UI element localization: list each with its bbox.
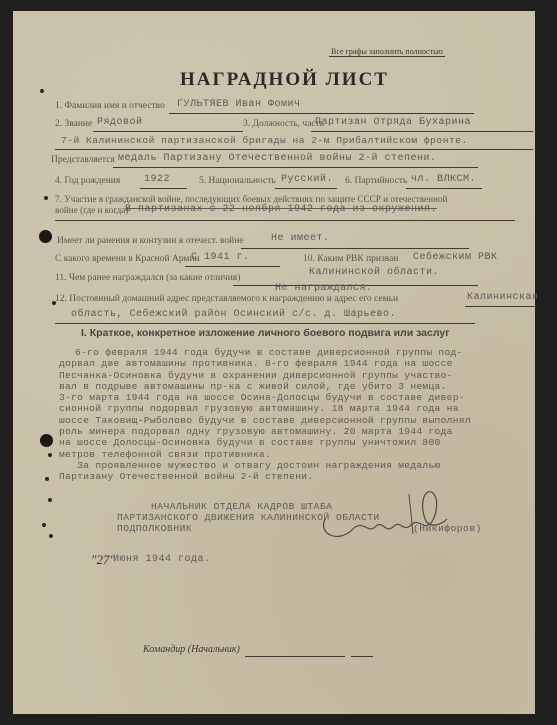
field-rank-label: 2. Звание: [55, 119, 92, 129]
feat-line: дорвал две автомашины противника. 8-го ф…: [59, 358, 529, 369]
feat-description: 6-го февраля 1944 года будучи в составе …: [59, 347, 529, 483]
field-address-value-1: Калининская: [467, 292, 539, 303]
field-party-value: чл. ВЛКСМ.: [411, 174, 476, 185]
field-full-name-value: ГУЛЬТЯЕВ Иван Фомич: [177, 99, 301, 110]
field-nominated-value: медаль Партизану Отечественной войны 2-й…: [118, 153, 437, 164]
punch-hole: [40, 434, 53, 447]
field-combat-history-label-1: 7. Участие в гражданской войне, последую…: [55, 194, 447, 204]
signatory-title-1: НАЧАЛЬНИК ОТДЕЛА КАДРОВ ШТАБА: [151, 501, 332, 512]
feat-line: метров телефонной связи противника.: [59, 449, 529, 460]
field-draft-office-value-1: Себежским РВК: [413, 252, 498, 263]
feat-line: За проявленное мужество и отвагу достоин…: [59, 460, 529, 471]
field-combat-history-line-2: [55, 220, 515, 221]
field-army-since-value: С 1941 г.: [191, 252, 250, 263]
feat-line: сионной группы подорвал грузовую автомаш…: [59, 403, 529, 414]
commander-label: Командир (Начальник): [143, 644, 240, 655]
section-heading-feat: I. Краткое, конкретное изложение личного…: [81, 327, 450, 339]
pin-hole: [48, 453, 52, 457]
field-wounds-value: Не имеет.: [271, 233, 330, 244]
pin-hole: [40, 89, 44, 93]
feat-line: вал в подрыве автомашины пр-ка с живой с…: [59, 381, 529, 392]
feat-line: 6-го февраля 1944 года будучи в составе …: [59, 347, 529, 358]
pin-hole: [45, 477, 49, 481]
date-day: "27": [91, 552, 115, 568]
commander-signature-line-2: [351, 656, 373, 657]
field-wounds-label: Имеет ли ранения и контузии в отечест. в…: [57, 236, 244, 246]
field-prior-awards-label: 11. Чем ранее награждался (за какие отли…: [55, 273, 240, 283]
fill-all-fields-note: Все графы заполнить полностью: [329, 47, 445, 57]
field-nationality-label: 5. Национальность: [199, 176, 276, 186]
field-full-name-label: 1. Фамилия имя и отчество: [55, 101, 165, 111]
pin-hole: [49, 534, 53, 538]
feat-line: роль минера подорвал одну грузовую автом…: [59, 426, 529, 437]
field-address-label: 12. Постоянный домашний адрес представля…: [55, 294, 398, 304]
field-rank-value: Рядовой: [97, 117, 143, 128]
field-birth-year-label: 4. Год рождения: [55, 176, 120, 186]
signatory-rank: ПОДПОЛКОВНИК: [117, 523, 192, 534]
feat-line: Песчанка-Осиновка будучи в охранении див…: [59, 370, 529, 381]
field-prior-awards-value: Не награждался.: [275, 283, 373, 294]
field-position-value-1: Партизан Отряда Бухарина: [315, 117, 471, 128]
feat-line: на шоссе Долосцы-Осиновка будучи в соста…: [59, 437, 529, 448]
pin-hole: [42, 523, 46, 527]
feat-line: шоссе Таковищ-Рыболово будучи в составе …: [59, 415, 529, 426]
commander-signature-line: [245, 656, 345, 657]
handwritten-signature: [313, 489, 453, 549]
document-title: НАГРАДНОЙ ЛИСТ: [180, 69, 389, 91]
award-sheet-paper: Все графы заполнить полностью НАГРАДНОЙ …: [13, 11, 535, 714]
field-combat-history-value: В партизанах с 22 ноября 1942 года из ок…: [125, 204, 437, 215]
field-address-value-2: область, Себежский район Осинский с/с. д…: [71, 309, 396, 320]
field-army-since-label: С какого времени в Красной Армии: [55, 254, 200, 264]
field-combat-history-label-2: войне (где и когда): [55, 205, 128, 215]
field-position-value-2: 7-й Калининской партизанской бригады на …: [61, 135, 468, 146]
pin-hole: [44, 196, 48, 200]
field-draft-office-label: 10. Каким РВК призван: [303, 254, 398, 264]
field-nationality-value: Русский.: [281, 174, 333, 185]
feat-line: Партизану Отечественной войны 2-й степен…: [59, 471, 529, 482]
field-nominated-label: Представляется: [51, 155, 115, 165]
feat-line: 3-го марта 1944 года на шоссе Осина-Доло…: [59, 392, 529, 403]
field-party-label: 6. Партийность: [345, 176, 407, 186]
pin-hole: [48, 498, 52, 502]
date-month-year: Июня 1944 года.: [113, 554, 211, 565]
field-birth-year-value: 1922: [144, 174, 170, 185]
punch-hole: [39, 230, 52, 243]
